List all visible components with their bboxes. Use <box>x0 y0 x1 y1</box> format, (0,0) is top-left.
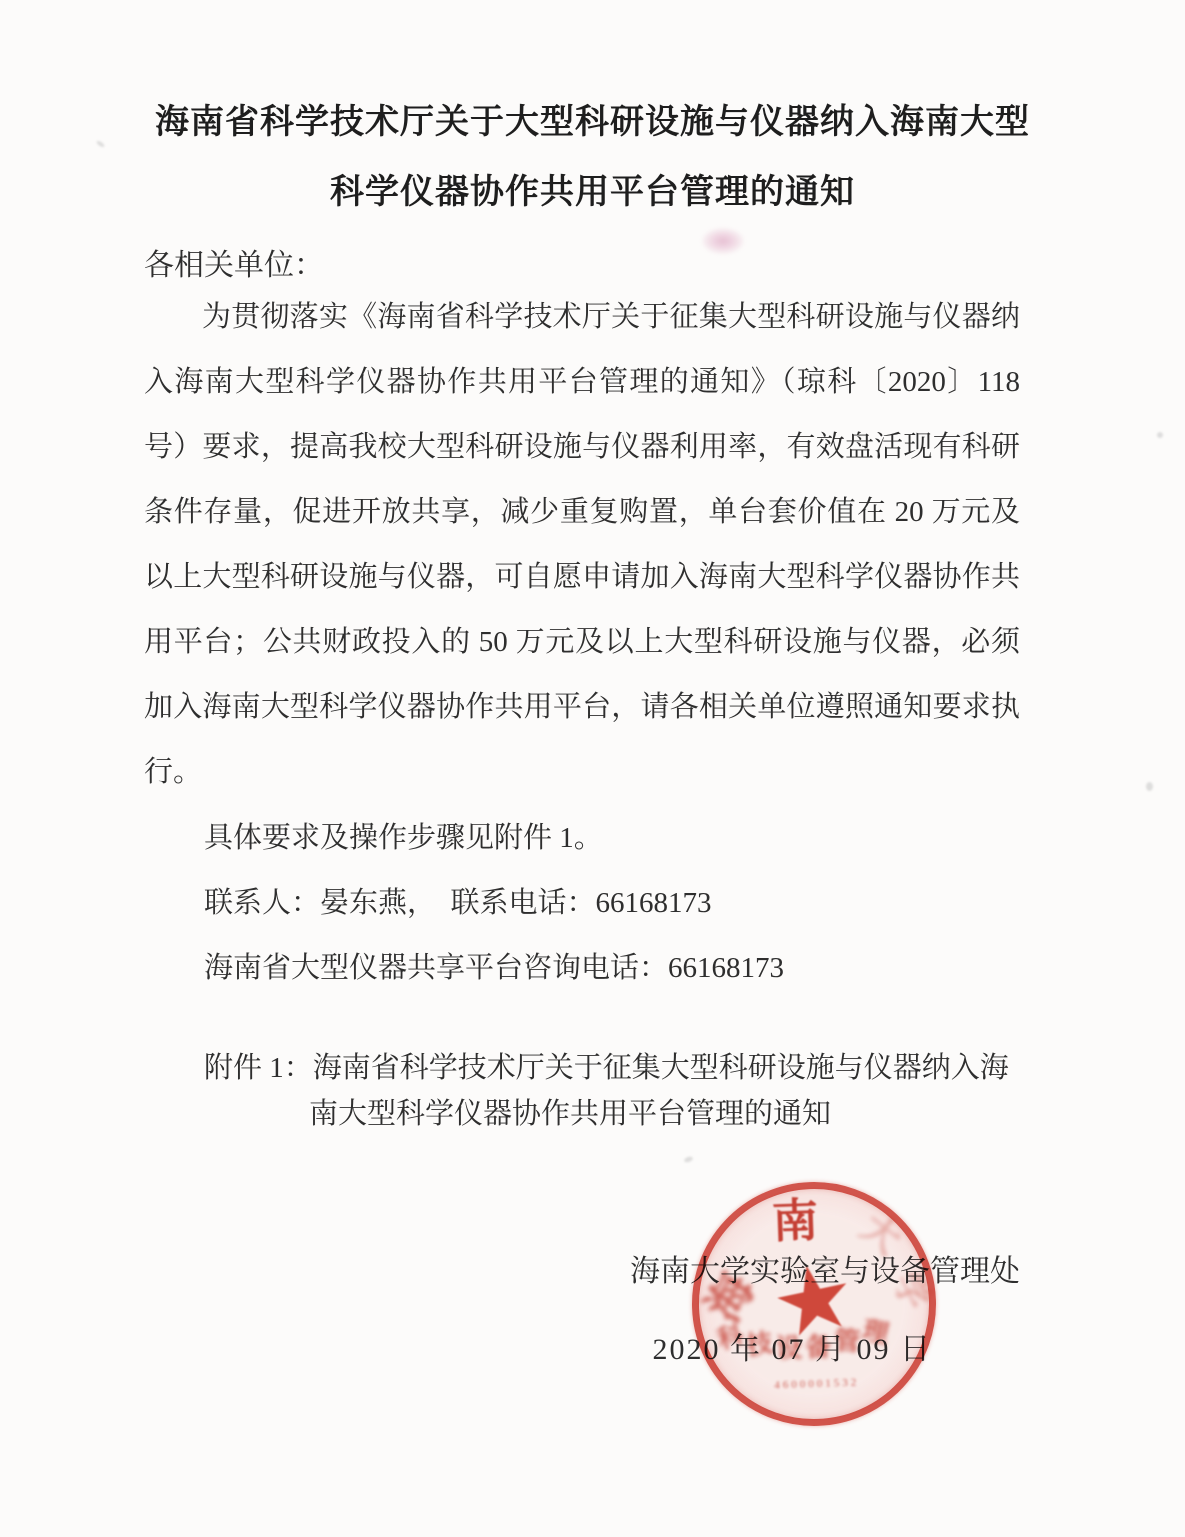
seal-ring <box>688 1178 940 1430</box>
body-line: 为贯彻落实《海南省科学技术厅关于征集大型科研设施与仪器纳 <box>144 285 1020 350</box>
contact-info-block: 具体要求及操作步骤见附件 1。 联系人：晏东燕， 联系电话：66168173 海… <box>204 806 1024 1001</box>
attachment-line-2: 南大型科学仪器协作共用平台管理的通知 <box>309 1091 1044 1137</box>
salutation-line: 各相关单位： <box>144 240 324 284</box>
page-title-line-1: 海南省科学技术厅关于大型科研设施与仪器纳入海南大型 <box>0 94 1185 143</box>
body-line: 号）要求，提高我校大型科研设施与仪器利用率，有效盘活现有科研 <box>144 415 1020 480</box>
signer-line: 海南大学实验室与设备管理处 <box>144 1246 1020 1290</box>
body-line: 以上大型科研设施与仪器，可自愿申请加入海南大型科学仪器协作共 <box>144 545 1020 610</box>
scan-speck <box>1157 432 1163 438</box>
seal-ink-wash <box>694 1184 934 1424</box>
note-line: 具体要求及操作步骤见附件 1。 <box>204 806 1024 871</box>
scan-speck <box>1146 782 1153 791</box>
contact-line: 联系人：晏东燕， 联系电话：66168173 <box>204 871 1024 936</box>
date-line: 2020 年 07 月 09 日 <box>144 1324 1020 1368</box>
seal-char-top: 南 <box>771 1198 819 1246</box>
seal-serial-digits: 4600001532 <box>695 1374 939 1395</box>
page-title-line-2: 科学仪器协作共用平台管理的通知 <box>0 164 1185 213</box>
body-line: 入海南大型科学仪器协作共用平台管理的通知》（琼科〔2020〕118 <box>144 350 1020 415</box>
pink-scan-smudge <box>702 228 744 254</box>
attachment-line-1: 附件 1：海南省科学技术厅关于征集大型科研设施与仪器纳入海 <box>204 1045 1044 1091</box>
scan-speck <box>683 1156 693 1164</box>
scanned-document-page: 海南省科学技术厅关于大型科研设施与仪器纳入海南大型 科学仪器协作共用平台管理的通… <box>0 0 1185 1537</box>
body-line: 加入海南大型科学仪器协作共用平台，请各相关单位遵照通知要求执 <box>144 675 1020 740</box>
body-line: 条件存量，促进开放共享，减少重复购置，单台套价值在 20 万元及 <box>144 480 1020 545</box>
official-seal-stamp: 南 海 大 学 ★ 科 技 设 备 管 理 4600001532 <box>688 1178 940 1430</box>
attachment-block: 附件 1：海南省科学技术厅关于征集大型科研设施与仪器纳入海 南大型科学仪器协作共… <box>204 1045 1044 1137</box>
body-paragraph: 为贯彻落实《海南省科学技术厅关于征集大型科研设施与仪器纳 入海南大型科学仪器协作… <box>144 285 1020 805</box>
hotline-line: 海南省大型仪器共享平台咨询电话：66168173 <box>204 936 1024 1001</box>
body-line: 用平台；公共财政投入的 50 万元及以上大型科研设施与仪器，必须 <box>144 610 1020 675</box>
body-line: 行。 <box>144 740 1020 805</box>
